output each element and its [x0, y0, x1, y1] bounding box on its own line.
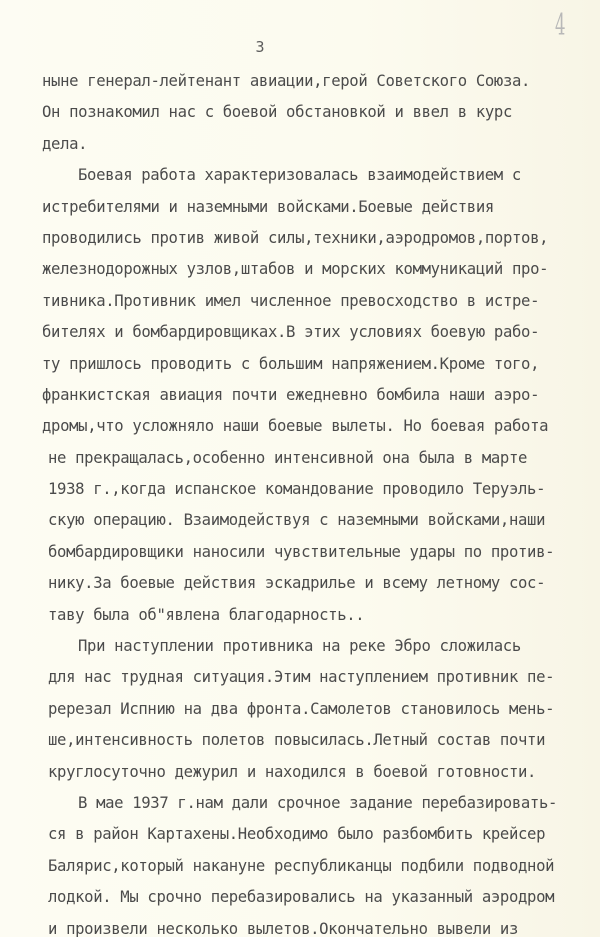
- text-line: бомбардировщики наносили чувствительные …: [42, 537, 582, 568]
- text-line: ререзал Испнию на два фронта.Самолетов с…: [42, 694, 582, 725]
- typewritten-body: ныне генерал-лейтенант авиации,герой Сов…: [42, 66, 582, 937]
- document-page: 4 3 ныне генерал-лейтенант авиации,герой…: [0, 0, 600, 937]
- text-line: Балярис,который накануне республиканцы п…: [42, 851, 582, 882]
- text-line: ныне генерал-лейтенант авиации,герой Сов…: [42, 66, 582, 97]
- text-line: дромы,что усложняло наши боевые вылеты. …: [42, 411, 582, 442]
- text-line: скую операцию. Взаимодействуя с наземным…: [42, 505, 582, 536]
- text-line: для нас трудная ситуация.Этим наступлени…: [42, 662, 582, 693]
- text-line: не прекращалась,особенно интенсивной она…: [42, 443, 582, 474]
- text-line: ту пришлось проводить с большим напряжен…: [42, 349, 582, 380]
- text-line: круглосуточно дежурил и находился в боев…: [42, 757, 582, 788]
- archive-page-mark: 4: [555, 8, 566, 43]
- paragraph-first-line: При наступлении противника на реке Эбро …: [42, 631, 582, 662]
- text-line: тивника.Противник имел численное превосх…: [42, 286, 582, 317]
- text-line: ше,интенсивность полетов повысилась.Летн…: [42, 725, 582, 756]
- text-line: лодкой. Мы срочно перебазировались на ук…: [42, 882, 582, 913]
- text-line: проводились против живой силы,техники,аэ…: [42, 223, 582, 254]
- text-line: франкистская авиация почти ежедневно бом…: [42, 380, 582, 411]
- text-line: ся в район Картахены.Необходимо было раз…: [42, 819, 582, 850]
- text-line: нику.За боевые действия эскадрилье и все…: [42, 568, 582, 599]
- text-line: Он познакомил нас с боевой обстановкой и…: [42, 97, 582, 128]
- text-line: истребителями и наземными войсками.Боевы…: [42, 192, 582, 223]
- text-line: таву была об"явлена благодарность..: [42, 600, 582, 631]
- page-number: 3: [0, 38, 520, 56]
- text-line: бителях и бомбардировщиках.В этих услови…: [42, 317, 582, 348]
- text-line: дела.: [42, 129, 582, 160]
- text-line: 1938 г.,когда испанское командование про…: [42, 474, 582, 505]
- paragraph-first-line: В мае 1937 г.нам дали срочное задание пе…: [42, 788, 582, 819]
- paragraph-first-line: Боевая работа характеризовалась взаимоде…: [42, 160, 582, 191]
- text-line: железнодорожных узлов,штабов и морских к…: [42, 254, 582, 285]
- text-line: и произвели несколько вылетов.Окончатель…: [42, 914, 582, 937]
